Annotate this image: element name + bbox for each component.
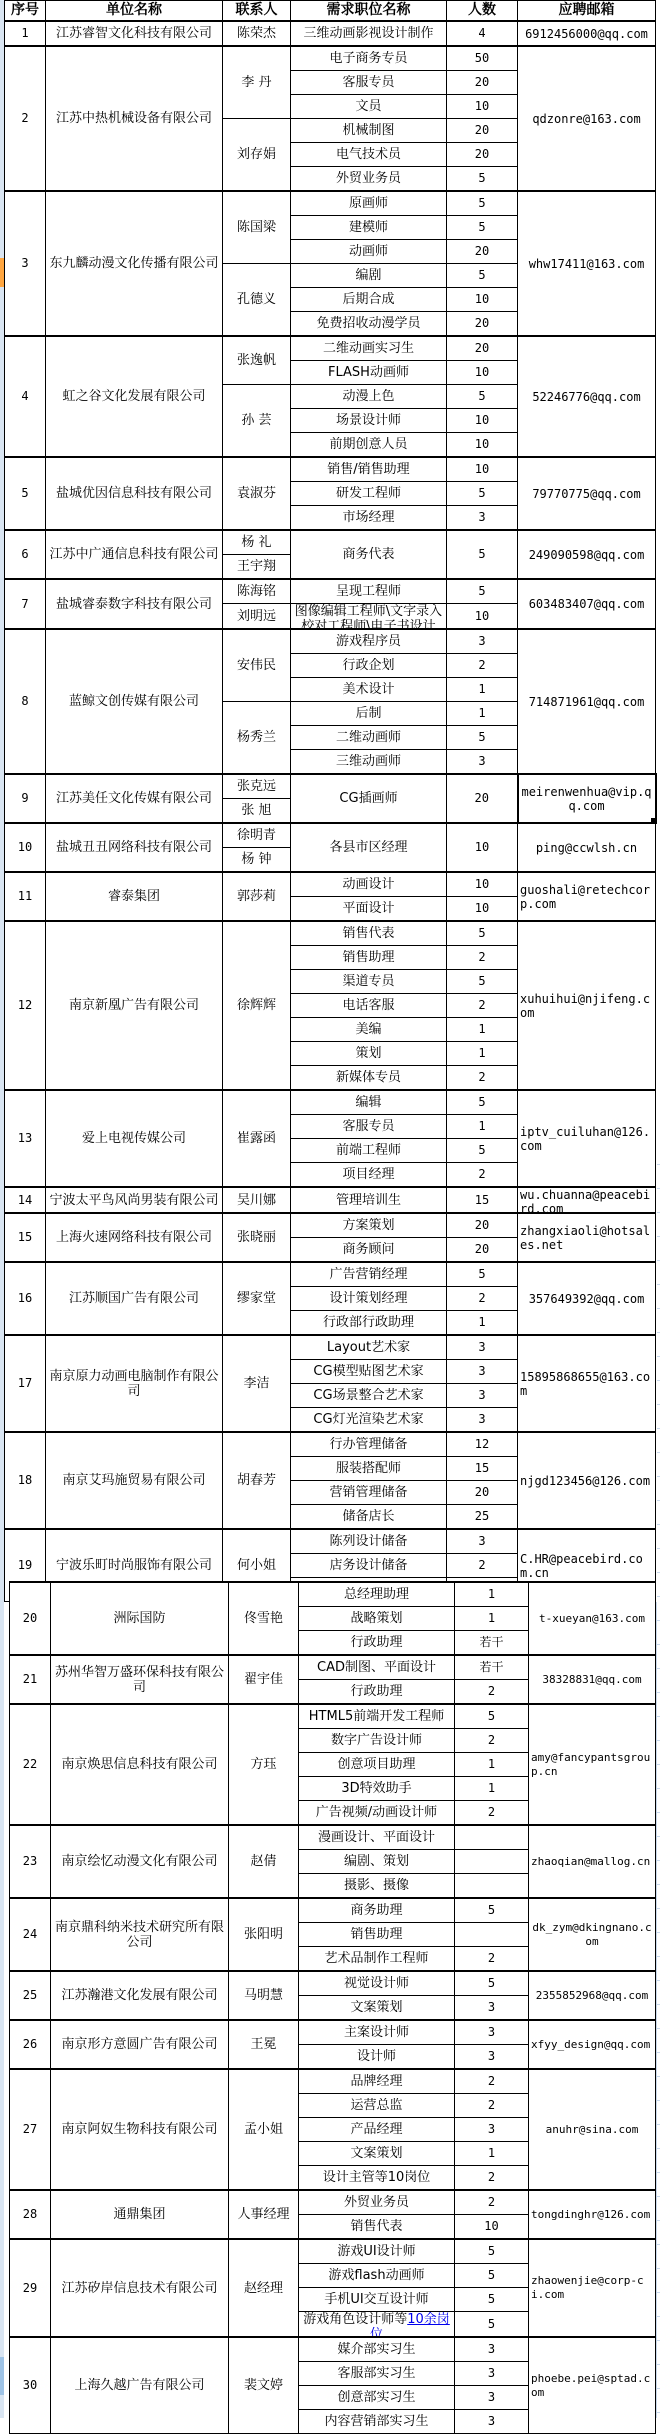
row-number-cell[interactable]: 29 <box>10 2239 51 2337</box>
headcount-cell[interactable]: 10 <box>447 823 518 872</box>
position-cell[interactable]: 方案策划 <box>291 1213 447 1238</box>
headcount-cell[interactable]: 5 <box>447 191 518 216</box>
email-cell[interactable]: tongdinghr@126.com <box>529 2190 656 2239</box>
headcount-cell[interactable]: 1 <box>447 1115 518 1139</box>
email-cell[interactable]: 15895868655@163.com <box>518 1335 656 1432</box>
headcount-cell[interactable]: 5 <box>447 921 518 946</box>
headcount-cell[interactable]: 1 <box>447 1311 518 1336</box>
headcount-cell[interactable]: 3 <box>447 1360 518 1384</box>
contact-cell[interactable]: 孔德义 <box>223 264 291 337</box>
email-cell[interactable]: t-xueyan@163.com <box>529 1582 656 1655</box>
email-cell[interactable]: amy@fancypantsgroup.cn <box>529 1704 656 1825</box>
headcount-cell[interactable]: 2 <box>447 654 518 678</box>
company-name-cell[interactable]: 盐城丑丑网络科技有限公司 <box>46 823 223 872</box>
position-cell[interactable]: 品牌经理 <box>299 2069 455 2094</box>
contact-cell[interactable]: 郭莎莉 <box>223 872 291 921</box>
position-cell[interactable]: 机械制图 <box>291 119 447 143</box>
contact-cell[interactable]: 吴川娜 <box>223 1187 291 1213</box>
email-cell[interactable]: 714871961@qq.com <box>518 629 656 774</box>
position-cell[interactable]: CG场景整合艺术家 <box>291 1384 447 1408</box>
headcount-cell[interactable]: 20 <box>447 1238 518 1263</box>
email-cell[interactable]: 357649392@qq.com <box>518 1262 656 1335</box>
contact-cell[interactable]: 裴文婷 <box>229 2337 299 2434</box>
headcount-cell[interactable]: 2 <box>455 1801 529 1826</box>
headcount-cell[interactable]: 3 <box>455 2020 529 2045</box>
position-cell[interactable]: 呈现工程师 <box>291 579 447 604</box>
contact-cell[interactable]: 李 丹 <box>223 46 291 119</box>
headcount-cell[interactable]: 5 <box>455 1898 529 1923</box>
contact-cell[interactable]: 缪家堂 <box>223 1262 291 1335</box>
headcount-cell[interactable]: 5 <box>455 2312 529 2338</box>
position-cell[interactable]: 摄影、摄像 <box>299 1874 455 1899</box>
email-cell[interactable]: zhangxiaoli@hotsales.net <box>518 1213 656 1262</box>
headcount-cell[interactable] <box>455 1850 529 1874</box>
company-name-cell[interactable]: 南京绘忆动漫文化有限公司 <box>51 1825 229 1898</box>
position-cell[interactable]: 服装搭配师 <box>291 1457 447 1481</box>
email-cell[interactable]: 249090598@qq.com <box>518 530 656 579</box>
contact-cell[interactable]: 赵倩 <box>229 1825 299 1898</box>
position-cell[interactable]: CAD制图、平面设计 <box>299 1655 455 1680</box>
position-cell[interactable]: CG模型贴图艺术家 <box>291 1360 447 1384</box>
position-cell[interactable]: 游戏角色设计师等10余岗位 <box>299 2312 455 2338</box>
position-cell[interactable]: 数字广告设计师 <box>299 1729 455 1753</box>
contact-cell[interactable]: 张 旭 <box>223 799 291 824</box>
position-cell[interactable]: 外贸业务员 <box>291 167 447 192</box>
email-cell[interactable]: njgd123456@126.com <box>518 1432 656 1529</box>
row-number-cell[interactable]: 15 <box>5 1213 46 1262</box>
position-cell[interactable]: 商务代表 <box>291 530 447 579</box>
email-cell[interactable]: whw17411@163.com <box>518 191 656 336</box>
position-cell[interactable]: 游戏flash动画师 <box>299 2264 455 2288</box>
row-number-cell[interactable]: 17 <box>5 1335 46 1432</box>
company-name-cell[interactable]: 上海火速网络科技有限公司 <box>46 1213 223 1262</box>
position-cell[interactable]: 动漫上色 <box>291 385 447 409</box>
position-cell[interactable]: 文案策划 <box>299 2142 455 2166</box>
headcount-cell[interactable]: 10 <box>447 288 518 312</box>
email-cell[interactable]: 6912456000@qq.com <box>518 21 656 46</box>
headcount-cell[interactable]: 3 <box>447 1335 518 1360</box>
headcount-cell[interactable]: 2 <box>455 1680 529 1705</box>
contact-cell[interactable]: 徐明青 <box>223 823 291 848</box>
contact-cell[interactable]: 王冕 <box>229 2020 299 2069</box>
contact-cell[interactable]: 孙 芸 <box>223 385 291 458</box>
row-number-cell[interactable]: 24 <box>10 1898 51 1971</box>
headcount-cell[interactable]: 5 <box>447 970 518 994</box>
contact-cell[interactable]: 人事经理 <box>229 2190 299 2239</box>
email-cell[interactable]: phoebe.pei@sptad.com <box>529 2337 656 2434</box>
position-cell[interactable]: 行政助理 <box>299 1680 455 1705</box>
headcount-cell[interactable]: 20 <box>447 143 518 167</box>
position-cell[interactable]: 客服部实习生 <box>299 2362 455 2386</box>
position-cell[interactable]: 营销管理储备 <box>291 1481 447 1505</box>
company-name-cell[interactable]: 江苏瀚港文化发展有限公司 <box>51 1971 229 2020</box>
position-cell[interactable]: 后期合成 <box>291 288 447 312</box>
position-cell[interactable]: 广告视频/动画设计师 <box>299 1801 455 1826</box>
position-cell[interactable]: 市场经理 <box>291 506 447 531</box>
contact-cell[interactable]: 杨 礼 <box>223 530 291 555</box>
position-cell[interactable]: 文案策划 <box>299 1996 455 2021</box>
position-cell[interactable]: 销售代表 <box>291 921 447 946</box>
position-cell[interactable]: 设计策划经理 <box>291 1287 447 1311</box>
headcount-cell[interactable]: 12 <box>447 1432 518 1457</box>
position-cell[interactable]: 原画师 <box>291 191 447 216</box>
headcount-cell[interactable]: 5 <box>447 1090 518 1115</box>
headcount-cell[interactable]: 2 <box>447 1163 518 1188</box>
position-cell[interactable]: 新媒体专员 <box>291 1066 447 1091</box>
company-name-cell[interactable]: 南京形方意圆广告有限公司 <box>51 2020 229 2069</box>
position-cell[interactable]: 二维动画师 <box>291 726 447 750</box>
headcount-cell[interactable]: 15 <box>447 1457 518 1481</box>
headcount-cell[interactable]: 10 <box>447 409 518 433</box>
headcount-cell[interactable]: 若干 <box>455 1631 529 1656</box>
contact-cell[interactable]: 张克远 <box>223 774 291 799</box>
headcount-cell[interactable]: 1 <box>447 1042 518 1066</box>
company-name-cell[interactable]: 江苏矽岸信息技术有限公司 <box>51 2239 229 2337</box>
headcount-cell[interactable]: 10 <box>447 897 518 922</box>
contact-cell[interactable]: 杨 钟 <box>223 848 291 873</box>
headcount-cell[interactable]: 2 <box>455 2094 529 2118</box>
headcount-cell[interactable]: 5 <box>447 726 518 750</box>
position-cell[interactable]: 后制 <box>291 702 447 726</box>
row-number-cell[interactable]: 21 <box>10 1655 51 1704</box>
company-name-cell[interactable]: 上海久越广告有限公司 <box>51 2337 229 2434</box>
contact-cell[interactable]: 佟雪艳 <box>229 1582 299 1655</box>
row-number-cell[interactable]: 3 <box>5 191 46 336</box>
row-number-cell[interactable]: 18 <box>5 1432 46 1529</box>
position-cell[interactable]: CG灯光渲染艺术家 <box>291 1408 447 1433</box>
position-cell[interactable]: 外贸业务员 <box>299 2190 455 2215</box>
row-number-cell[interactable]: 13 <box>5 1090 46 1187</box>
contact-cell[interactable]: 赵经理 <box>229 2239 299 2337</box>
position-cell[interactable]: 客服专员 <box>291 1115 447 1139</box>
position-cell[interactable]: 行政企划 <box>291 654 447 678</box>
email-cell[interactable]: ping@ccwlsh.cn <box>518 823 656 872</box>
headcount-cell[interactable]: 1 <box>455 1582 529 1607</box>
contact-cell[interactable]: 胡春芳 <box>223 1432 291 1529</box>
row-number-cell[interactable]: 28 <box>10 2190 51 2239</box>
position-cell[interactable]: 二维动画实习生 <box>291 336 447 361</box>
headcount-cell[interactable]: 20 <box>447 71 518 95</box>
position-cell[interactable]: 场景设计师 <box>291 409 447 433</box>
email-cell[interactable]: qdzonre@163.com <box>518 46 656 191</box>
position-cell[interactable]: 管理培训生 <box>291 1187 447 1213</box>
headcount-cell[interactable]: 5 <box>455 1704 529 1729</box>
row-number-cell[interactable]: 8 <box>5 629 46 774</box>
row-number-cell[interactable]: 25 <box>10 1971 51 2020</box>
headcount-cell[interactable]: 5 <box>447 482 518 506</box>
headcount-cell[interactable]: 5 <box>447 264 518 288</box>
position-cell[interactable]: 客服专员 <box>291 71 447 95</box>
contact-cell[interactable]: 崔露函 <box>223 1090 291 1187</box>
company-name-cell[interactable]: 苏州华智万盛环保科技有限公司 <box>51 1655 229 1704</box>
position-cell[interactable]: Layout艺术家 <box>291 1335 447 1360</box>
email-cell[interactable]: 79770775@qq.com <box>518 457 656 530</box>
position-cell[interactable]: 行办管理储备 <box>291 1432 447 1457</box>
position-cell[interactable]: 总经理助理 <box>299 1582 455 1607</box>
company-name-cell[interactable]: 盐城睿泰数字科技有限公司 <box>46 579 223 629</box>
headcount-cell[interactable]: 5 <box>447 216 518 240</box>
contact-cell[interactable]: 马明慧 <box>229 1971 299 2020</box>
email-cell[interactable]: 2355852968@qq.com <box>529 1971 656 2020</box>
headcount-cell[interactable]: 3 <box>447 629 518 654</box>
headcount-cell[interactable]: 3 <box>455 2337 529 2362</box>
email-cell[interactable]: zhaowenjie@corp-ci.com <box>529 2239 656 2337</box>
position-cell[interactable]: 编剧、策划 <box>299 1850 455 1874</box>
row-number-cell[interactable]: 6 <box>5 530 46 579</box>
headcount-cell[interactable] <box>455 1923 529 1947</box>
headcount-cell[interactable]: 20 <box>447 119 518 143</box>
headcount-cell[interactable]: 5 <box>447 579 518 604</box>
position-cell[interactable]: 创意部实习生 <box>299 2386 455 2410</box>
position-cell[interactable]: 研发工程师 <box>291 482 447 506</box>
contact-cell[interactable]: 杨秀兰 <box>223 702 291 775</box>
headcount-cell[interactable]: 10 <box>447 361 518 385</box>
contact-cell[interactable]: 陈国梁 <box>223 191 291 264</box>
headcount-cell[interactable]: 2 <box>447 946 518 970</box>
position-cell[interactable]: 游戏UI设计师 <box>299 2239 455 2264</box>
headcount-cell[interactable]: 10 <box>447 604 518 630</box>
contact-cell[interactable]: 刘存娟 <box>223 119 291 192</box>
position-cell[interactable]: 销售代表 <box>299 2215 455 2240</box>
headcount-cell[interactable]: 5 <box>455 1971 529 1996</box>
headcount-cell[interactable]: 10 <box>447 95 518 119</box>
email-cell[interactable]: anuhr@sina.com <box>529 2069 656 2190</box>
row-number-cell[interactable]: 16 <box>5 1262 46 1335</box>
position-cell[interactable]: 电话客服 <box>291 994 447 1018</box>
company-name-cell[interactable]: 盐城优因信息科技有限公司 <box>46 457 223 530</box>
headcount-cell[interactable] <box>455 1825 529 1850</box>
position-cell[interactable]: 编剧 <box>291 264 447 288</box>
headcount-cell[interactable]: 2 <box>455 1947 529 1972</box>
email-cell[interactable]: zhaoqian@mallog.cn <box>529 1825 656 1898</box>
headcount-cell[interactable]: 2 <box>455 1729 529 1753</box>
position-cell[interactable]: 前端工程师 <box>291 1139 447 1163</box>
company-name-cell[interactable]: 江苏中广通信息科技有限公司 <box>46 530 223 579</box>
company-name-cell[interactable]: 南京原力动画电脑制作有限公司 <box>46 1335 223 1432</box>
position-cell[interactable]: 视觉设计师 <box>299 1971 455 1996</box>
company-name-cell[interactable]: 通鼎集团 <box>51 2190 229 2239</box>
company-name-cell[interactable]: 江苏美任文化传媒有限公司 <box>46 774 223 823</box>
headcount-cell[interactable]: 5 <box>447 385 518 409</box>
company-name-cell[interactable]: 南京鼎科纳米技术研究所有限公司 <box>51 1898 229 1971</box>
headcount-cell[interactable]: 5 <box>447 530 518 579</box>
company-name-cell[interactable]: 东九麟动漫文化传播有限公司 <box>46 191 223 336</box>
headcount-cell[interactable]: 2 <box>455 2166 529 2191</box>
headcount-cell[interactable]: 3 <box>455 2045 529 2070</box>
contact-cell[interactable]: 孟小姐 <box>229 2069 299 2190</box>
headcount-cell[interactable]: 20 <box>447 240 518 264</box>
headcount-cell[interactable]: 4 <box>447 21 518 46</box>
headcount-cell[interactable]: 5 <box>447 1139 518 1163</box>
position-cell[interactable]: 游戏程序员 <box>291 629 447 654</box>
company-name-cell[interactable]: 洲际国防 <box>51 1582 229 1655</box>
headcount-cell[interactable]: 若干 <box>455 1655 529 1680</box>
row-number-cell[interactable]: 5 <box>5 457 46 530</box>
headcount-cell[interactable]: 20 <box>447 1213 518 1238</box>
position-cell[interactable]: 免费招收动漫学员 <box>291 312 447 337</box>
row-number-cell[interactable]: 9 <box>5 774 46 823</box>
company-name-cell[interactable]: 宁波太平鸟风尚男装有限公司 <box>46 1187 223 1213</box>
position-cell[interactable]: 文员 <box>291 95 447 119</box>
position-cell[interactable]: 美术设计 <box>291 678 447 702</box>
email-cell[interactable]: 38328831@qq.com <box>529 1655 656 1704</box>
contact-cell[interactable]: 徐辉辉 <box>223 921 291 1090</box>
company-name-cell[interactable]: 南京焕思信息科技有限公司 <box>51 1704 229 1825</box>
company-name-cell[interactable]: 江苏中热机械设备有限公司 <box>46 46 223 191</box>
position-cell[interactable]: HTML5前端开发工程师 <box>299 1704 455 1729</box>
position-cell[interactable]: 前期创意人员 <box>291 433 447 458</box>
headcount-cell[interactable]: 2 <box>447 1287 518 1311</box>
position-cell[interactable]: FLASH动画师 <box>291 361 447 385</box>
headcount-cell[interactable]: 1 <box>447 1018 518 1042</box>
contact-cell[interactable]: 方珏 <box>229 1704 299 1825</box>
position-cell[interactable]: 广告营销经理 <box>291 1262 447 1287</box>
position-cell[interactable]: 编辑 <box>291 1090 447 1115</box>
headcount-cell[interactable]: 3 <box>455 1996 529 2021</box>
email-cell[interactable]: wu.chuanna@peacebird.com <box>518 1187 656 1213</box>
headcount-cell[interactable]: 3 <box>447 1408 518 1433</box>
position-cell[interactable]: 商务助理 <box>299 1898 455 1923</box>
row-number-cell[interactable]: 23 <box>10 1825 51 1898</box>
headcount-cell[interactable]: 5 <box>455 2288 529 2312</box>
position-cell[interactable]: 3D特效助手 <box>299 1777 455 1801</box>
contact-cell[interactable]: 陈海铭 <box>223 579 291 604</box>
row-number-cell[interactable]: 22 <box>10 1704 51 1825</box>
contact-cell[interactable]: 翟宇佳 <box>229 1655 299 1704</box>
headcount-cell[interactable]: 2 <box>455 2190 529 2215</box>
headcount-cell[interactable]: 20 <box>447 336 518 361</box>
headcount-cell[interactable]: 50 <box>447 46 518 71</box>
position-cell[interactable]: 动画设计 <box>291 872 447 897</box>
position-cell[interactable]: 美编 <box>291 1018 447 1042</box>
email-cell[interactable]: 52246776@qq.com <box>518 336 656 457</box>
headcount-cell[interactable]: 20 <box>447 312 518 337</box>
headcount-cell[interactable]: 3 <box>447 506 518 531</box>
headcount-cell[interactable]: 2 <box>447 994 518 1018</box>
row-number-cell[interactable]: 27 <box>10 2069 51 2190</box>
email-cell[interactable]: iptv_cuiluhan@126.com <box>518 1090 656 1187</box>
headcount-cell[interactable]: 5 <box>455 2239 529 2264</box>
headcount-cell[interactable]: 1 <box>455 1753 529 1777</box>
row-number-cell[interactable]: 1 <box>5 21 46 46</box>
headcount-cell[interactable]: 1 <box>455 1777 529 1801</box>
position-cell[interactable]: 创意项目助理 <box>299 1753 455 1777</box>
position-cell[interactable]: 策划 <box>291 1042 447 1066</box>
position-cell[interactable]: 平面设计 <box>291 897 447 922</box>
position-cell[interactable]: 行政部行政助理 <box>291 1311 447 1336</box>
position-cell[interactable]: 商务顾问 <box>291 1238 447 1263</box>
position-cell[interactable]: 内容营销部实习生 <box>299 2410 455 2434</box>
headcount-cell[interactable]: 25 <box>447 1505 518 1530</box>
position-cell[interactable]: 运营总监 <box>299 2094 455 2118</box>
row-number-cell[interactable]: 2 <box>5 46 46 191</box>
headcount-cell[interactable] <box>455 1874 529 1899</box>
headcount-cell[interactable]: 2 <box>447 1554 518 1578</box>
headcount-cell[interactable]: 10 <box>455 2215 529 2240</box>
position-cell[interactable]: 图像编辑工程师\文字录入校对工程师\电子书设计 <box>291 604 447 630</box>
row-number-cell[interactable]: 10 <box>5 823 46 872</box>
row-number-cell[interactable]: 14 <box>5 1187 46 1213</box>
position-cell[interactable]: CG插画师 <box>291 774 447 823</box>
headcount-cell[interactable]: 3 <box>455 2362 529 2386</box>
headcount-cell[interactable]: 5 <box>447 167 518 192</box>
email-cell[interactable]: xfyy_design@qq.com <box>529 2020 656 2069</box>
headcount-cell[interactable]: 3 <box>447 1384 518 1408</box>
row-number-cell[interactable]: 7 <box>5 579 46 629</box>
contact-cell[interactable]: 张晓丽 <box>223 1213 291 1262</box>
contact-cell[interactable]: 陈荣杰 <box>223 21 291 46</box>
position-cell[interactable]: 陈列设计储备 <box>291 1529 447 1554</box>
company-name-cell[interactable]: 江苏睿智文化科技有限公司 <box>46 21 223 46</box>
row-number-cell[interactable]: 11 <box>5 872 46 921</box>
position-cell[interactable]: 店务设计储备 <box>291 1554 447 1578</box>
email-cell[interactable]: dk_zym@dkingnano.com <box>529 1898 656 1971</box>
contact-cell[interactable]: 安伟民 <box>223 629 291 702</box>
position-cell[interactable]: 渠道专员 <box>291 970 447 994</box>
headcount-cell[interactable]: 3 <box>455 2386 529 2410</box>
headcount-cell[interactable]: 1 <box>455 2142 529 2166</box>
contact-cell[interactable]: 刘明远 <box>223 604 291 630</box>
headcount-cell[interactable]: 15 <box>447 1187 518 1213</box>
row-number-cell[interactable]: 4 <box>5 336 46 457</box>
row-number-cell[interactable]: 12 <box>5 921 46 1090</box>
company-name-cell[interactable]: 睿泰集团 <box>46 872 223 921</box>
position-cell[interactable]: 销售助理 <box>291 946 447 970</box>
headcount-cell[interactable]: 5 <box>455 2264 529 2288</box>
headcount-cell[interactable]: 3 <box>455 2118 529 2142</box>
headcount-cell[interactable]: 1 <box>455 1607 529 1631</box>
contact-cell[interactable]: 袁淑芬 <box>223 457 291 530</box>
contact-cell[interactable]: 张逸帆 <box>223 336 291 385</box>
position-cell[interactable]: 储备店长 <box>291 1505 447 1530</box>
position-cell[interactable]: 动画师 <box>291 240 447 264</box>
position-cell[interactable]: 电子商务专员 <box>291 46 447 71</box>
headcount-cell[interactable]: 3 <box>447 1529 518 1554</box>
contact-cell[interactable]: 张阳明 <box>229 1898 299 1971</box>
position-cell[interactable]: 销售助理 <box>299 1923 455 1947</box>
position-cell[interactable]: 三维动画师 <box>291 750 447 775</box>
position-cell[interactable]: 三维动画影视设计制作 <box>291 21 447 46</box>
company-name-cell[interactable]: 江苏顺国广告有限公司 <box>46 1262 223 1335</box>
position-cell[interactable]: 主案设计师 <box>299 2020 455 2045</box>
position-cell[interactable]: 设计主管等10岗位 <box>299 2166 455 2191</box>
company-name-cell[interactable]: 南京新凰广告有限公司 <box>46 921 223 1090</box>
position-cell[interactable]: 建模师 <box>291 216 447 240</box>
company-name-cell[interactable]: 南京艾玛施贸易有限公司 <box>46 1432 223 1529</box>
position-cell[interactable]: 行政助理 <box>299 1631 455 1656</box>
headcount-cell[interactable]: 10 <box>447 872 518 897</box>
row-number-cell[interactable]: 26 <box>10 2020 51 2069</box>
company-name-cell[interactable]: 爱上电视传媒公司 <box>46 1090 223 1187</box>
email-cell[interactable]: xuhuihui@njifeng.com <box>518 921 656 1090</box>
position-cell[interactable]: 项目经理 <box>291 1163 447 1188</box>
email-cell[interactable]: 603483407@qq.com <box>518 579 656 629</box>
headcount-cell[interactable]: 3 <box>447 750 518 775</box>
position-cell[interactable]: 销售/销售助理 <box>291 457 447 482</box>
row-number-cell[interactable]: 20 <box>10 1582 51 1655</box>
email-cell[interactable]: meirenwenhua@vip.qq.com <box>518 774 656 823</box>
headcount-cell[interactable]: 1 <box>447 702 518 726</box>
position-cell[interactable]: 艺术品制作工程师 <box>299 1947 455 1972</box>
headcount-cell[interactable]: 2 <box>447 1066 518 1091</box>
position-cell[interactable]: 媒介部实习生 <box>299 2337 455 2362</box>
position-cell[interactable]: 手机UI交互设计师 <box>299 2288 455 2312</box>
headcount-cell[interactable]: 5 <box>447 1262 518 1287</box>
headcount-cell[interactable]: 20 <box>447 774 518 823</box>
email-cell[interactable]: guoshali@retechcorp.com <box>518 872 656 921</box>
position-cell[interactable]: 设计师 <box>299 2045 455 2070</box>
position-cell[interactable]: 各县市区经理 <box>291 823 447 872</box>
